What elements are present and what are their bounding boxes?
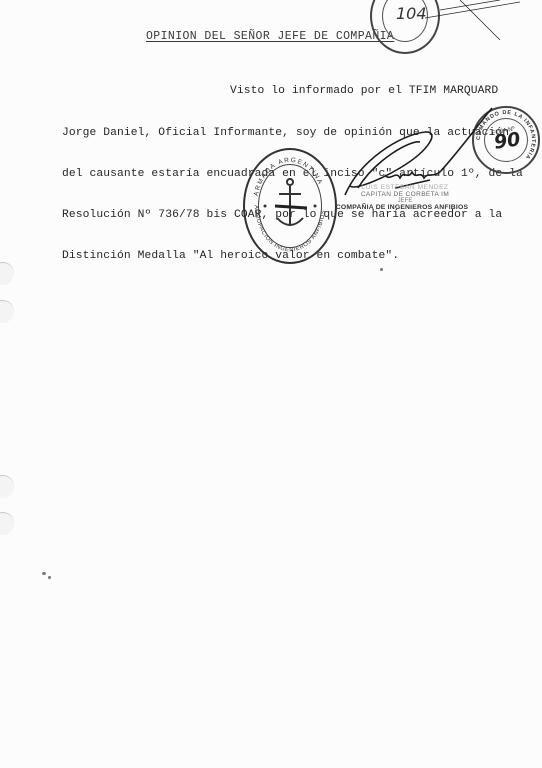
body-line: Visto lo informado por el TFIM MARQUARD: [62, 85, 502, 99]
document-title: OPINION DEL SEÑOR JEFE DE COMPAÑIA: [146, 30, 394, 43]
svg-text:ARMADA ARGENTINA: ARMADA ARGENTINA: [253, 157, 324, 197]
seal-text-top: ARMADA ARGENTINA: [253, 157, 324, 197]
stamp-number: 104: [396, 4, 427, 23]
top-stamp: 104: [370, 0, 440, 54]
navy-seal: ARMADA ARGENTINA AGRUPACION INGENIEROS A…: [243, 148, 337, 264]
punch-hole: [0, 300, 14, 323]
foja-number: 90: [493, 128, 522, 153]
foja-stamp: COMANDO DE LA INFANTERIA FOJA Nº 90: [472, 106, 540, 174]
punch-hole: [0, 475, 14, 498]
punch-hole: [0, 262, 14, 285]
ink-speck: [42, 572, 46, 575]
signer-rank: CAPITAN DE CORBETA IM: [330, 191, 480, 198]
anchor-emblem-icon: ARMADA ARGENTINA AGRUPACION INGENIEROS A…: [245, 150, 335, 262]
punch-hole: [0, 512, 14, 535]
document-page: OPINION DEL SEÑOR JEFE DE COMPAÑIA Visto…: [0, 0, 542, 768]
signature-block: LUIS ESTEBAN MENDEZ CAPITAN DE CORBETA I…: [330, 184, 480, 211]
signer-unit: COMPAÑIA DE INGENIEROS ANFIBIOS: [324, 204, 480, 211]
signer-name: LUIS ESTEBAN MENDEZ: [330, 184, 480, 191]
ink-speck: [48, 576, 51, 579]
body-line: Jorge Daniel, Oficial Informante, soy de…: [62, 127, 502, 141]
